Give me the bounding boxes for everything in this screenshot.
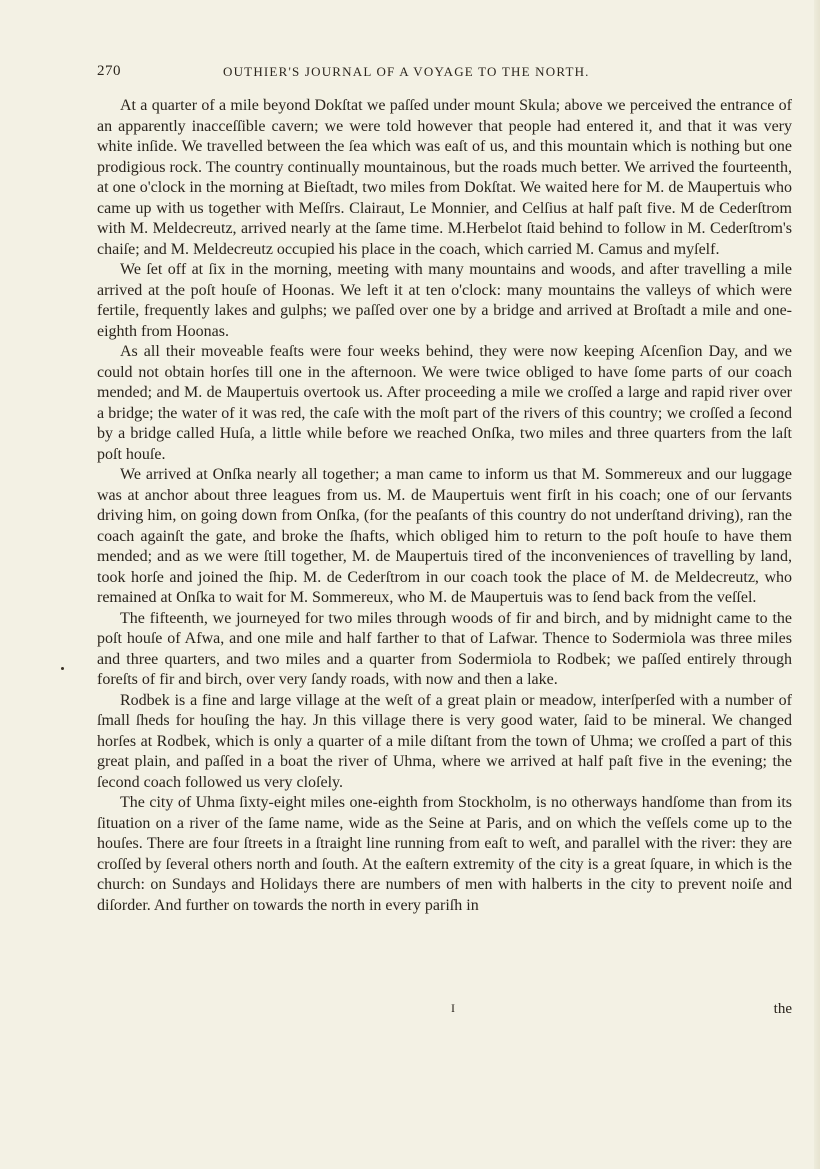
paragraph: At a quarter of a mile beyond Dokſtat we…	[97, 96, 792, 260]
catchword: the	[774, 1001, 792, 1018]
paragraph: The city of Uhma ſixty-eight miles one-e…	[97, 793, 792, 916]
page-header: 270 OUTHIER'S JOURNAL OF A VOYAGE TO THE…	[97, 63, 792, 85]
page-edge	[814, 0, 820, 1169]
paragraph: We arrived at Onſka nearly all together;…	[97, 465, 792, 609]
body-text: At a quarter of a mile beyond Dokſtat we…	[97, 96, 792, 916]
paragraph: As all their moveable feaſts were four w…	[97, 342, 792, 465]
page-number: 270	[97, 63, 121, 80]
paragraph: We ſet off at ſix in the morning, meetin…	[97, 260, 792, 342]
signature-mark: I	[451, 1001, 455, 1016]
running-title: OUTHIER'S JOURNAL OF A VOYAGE TO THE NOR…	[223, 64, 590, 80]
paragraph: Rodbek is a fine and large village at th…	[97, 691, 792, 794]
page-footer: I the	[97, 1001, 792, 1021]
ink-speck	[61, 667, 64, 670]
paragraph: The fifteenth, we journeyed for two mile…	[97, 609, 792, 691]
